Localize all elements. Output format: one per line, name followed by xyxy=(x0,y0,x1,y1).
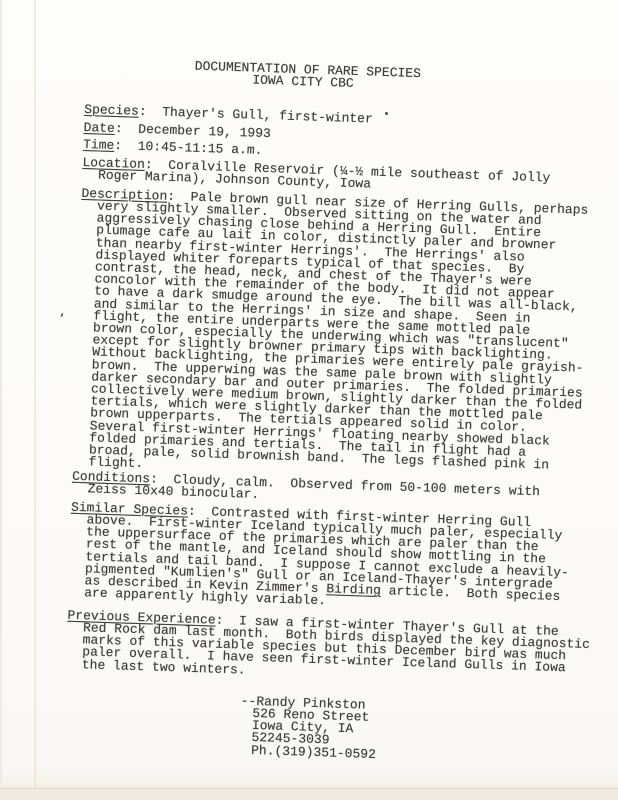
typewritten-document: DOCUMENTATION OF RARE SPECIES IOWA CITY … xyxy=(63,57,606,768)
section-previous-experience: Previous Experience: I saw a first-winte… xyxy=(66,610,588,688)
signature-block: --Randy Pinkston526 Reno StreetIowa City… xyxy=(63,689,585,767)
field-label-time: Time xyxy=(83,137,115,153)
document-sections: Species: Thayer's Gull, first-winterDate… xyxy=(66,104,605,688)
ink-speck xyxy=(385,112,388,115)
document-title: DOCUMENTATION OF RARE SPECIES IOWA CITY … xyxy=(85,57,606,99)
field-label-species: Species xyxy=(84,102,139,119)
field-label-date: Date xyxy=(83,120,115,136)
section-similar-species: Similar Species: Contrasted with first-w… xyxy=(68,502,591,617)
underlined-word: Birding xyxy=(326,581,381,598)
document-page: DOCUMENTATION OF RARE SPECIES IOWA CITY … xyxy=(0,0,618,800)
ink-speck xyxy=(60,313,63,317)
paper-left-edge xyxy=(0,0,2,800)
section-description: Description: Pale brown gull near size o… xyxy=(72,188,601,486)
paper-fold-line xyxy=(34,0,36,800)
paper-bottom-edge xyxy=(0,788,618,800)
